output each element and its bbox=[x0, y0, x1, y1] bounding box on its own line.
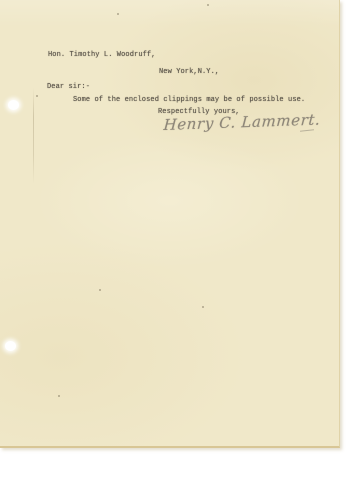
punch-hole-bottom bbox=[5, 341, 16, 351]
paper-speck bbox=[117, 13, 119, 15]
signature-flourish bbox=[300, 129, 314, 131]
recipient-line: Hon. Timothy L. Woodruff, bbox=[48, 51, 156, 59]
paper-speck bbox=[207, 4, 209, 6]
scanned-letter-page: Hon. Timothy L. Woodruff, New York,N.Y.,… bbox=[0, 0, 363, 500]
paper-speck bbox=[99, 289, 101, 291]
paper-speck bbox=[202, 306, 204, 308]
body-line: Some of the enclosed clippings may be of… bbox=[73, 96, 305, 104]
paper-speck bbox=[58, 395, 60, 397]
letter-paper: Hon. Timothy L. Woodruff, New York,N.Y.,… bbox=[0, 0, 340, 448]
punch-hole-top bbox=[8, 100, 19, 110]
salutation-line: Dear sir:- bbox=[47, 83, 90, 91]
paper-speck bbox=[36, 95, 38, 97]
address-line: New York,N.Y., bbox=[159, 68, 219, 76]
paper-crease bbox=[33, 88, 34, 184]
